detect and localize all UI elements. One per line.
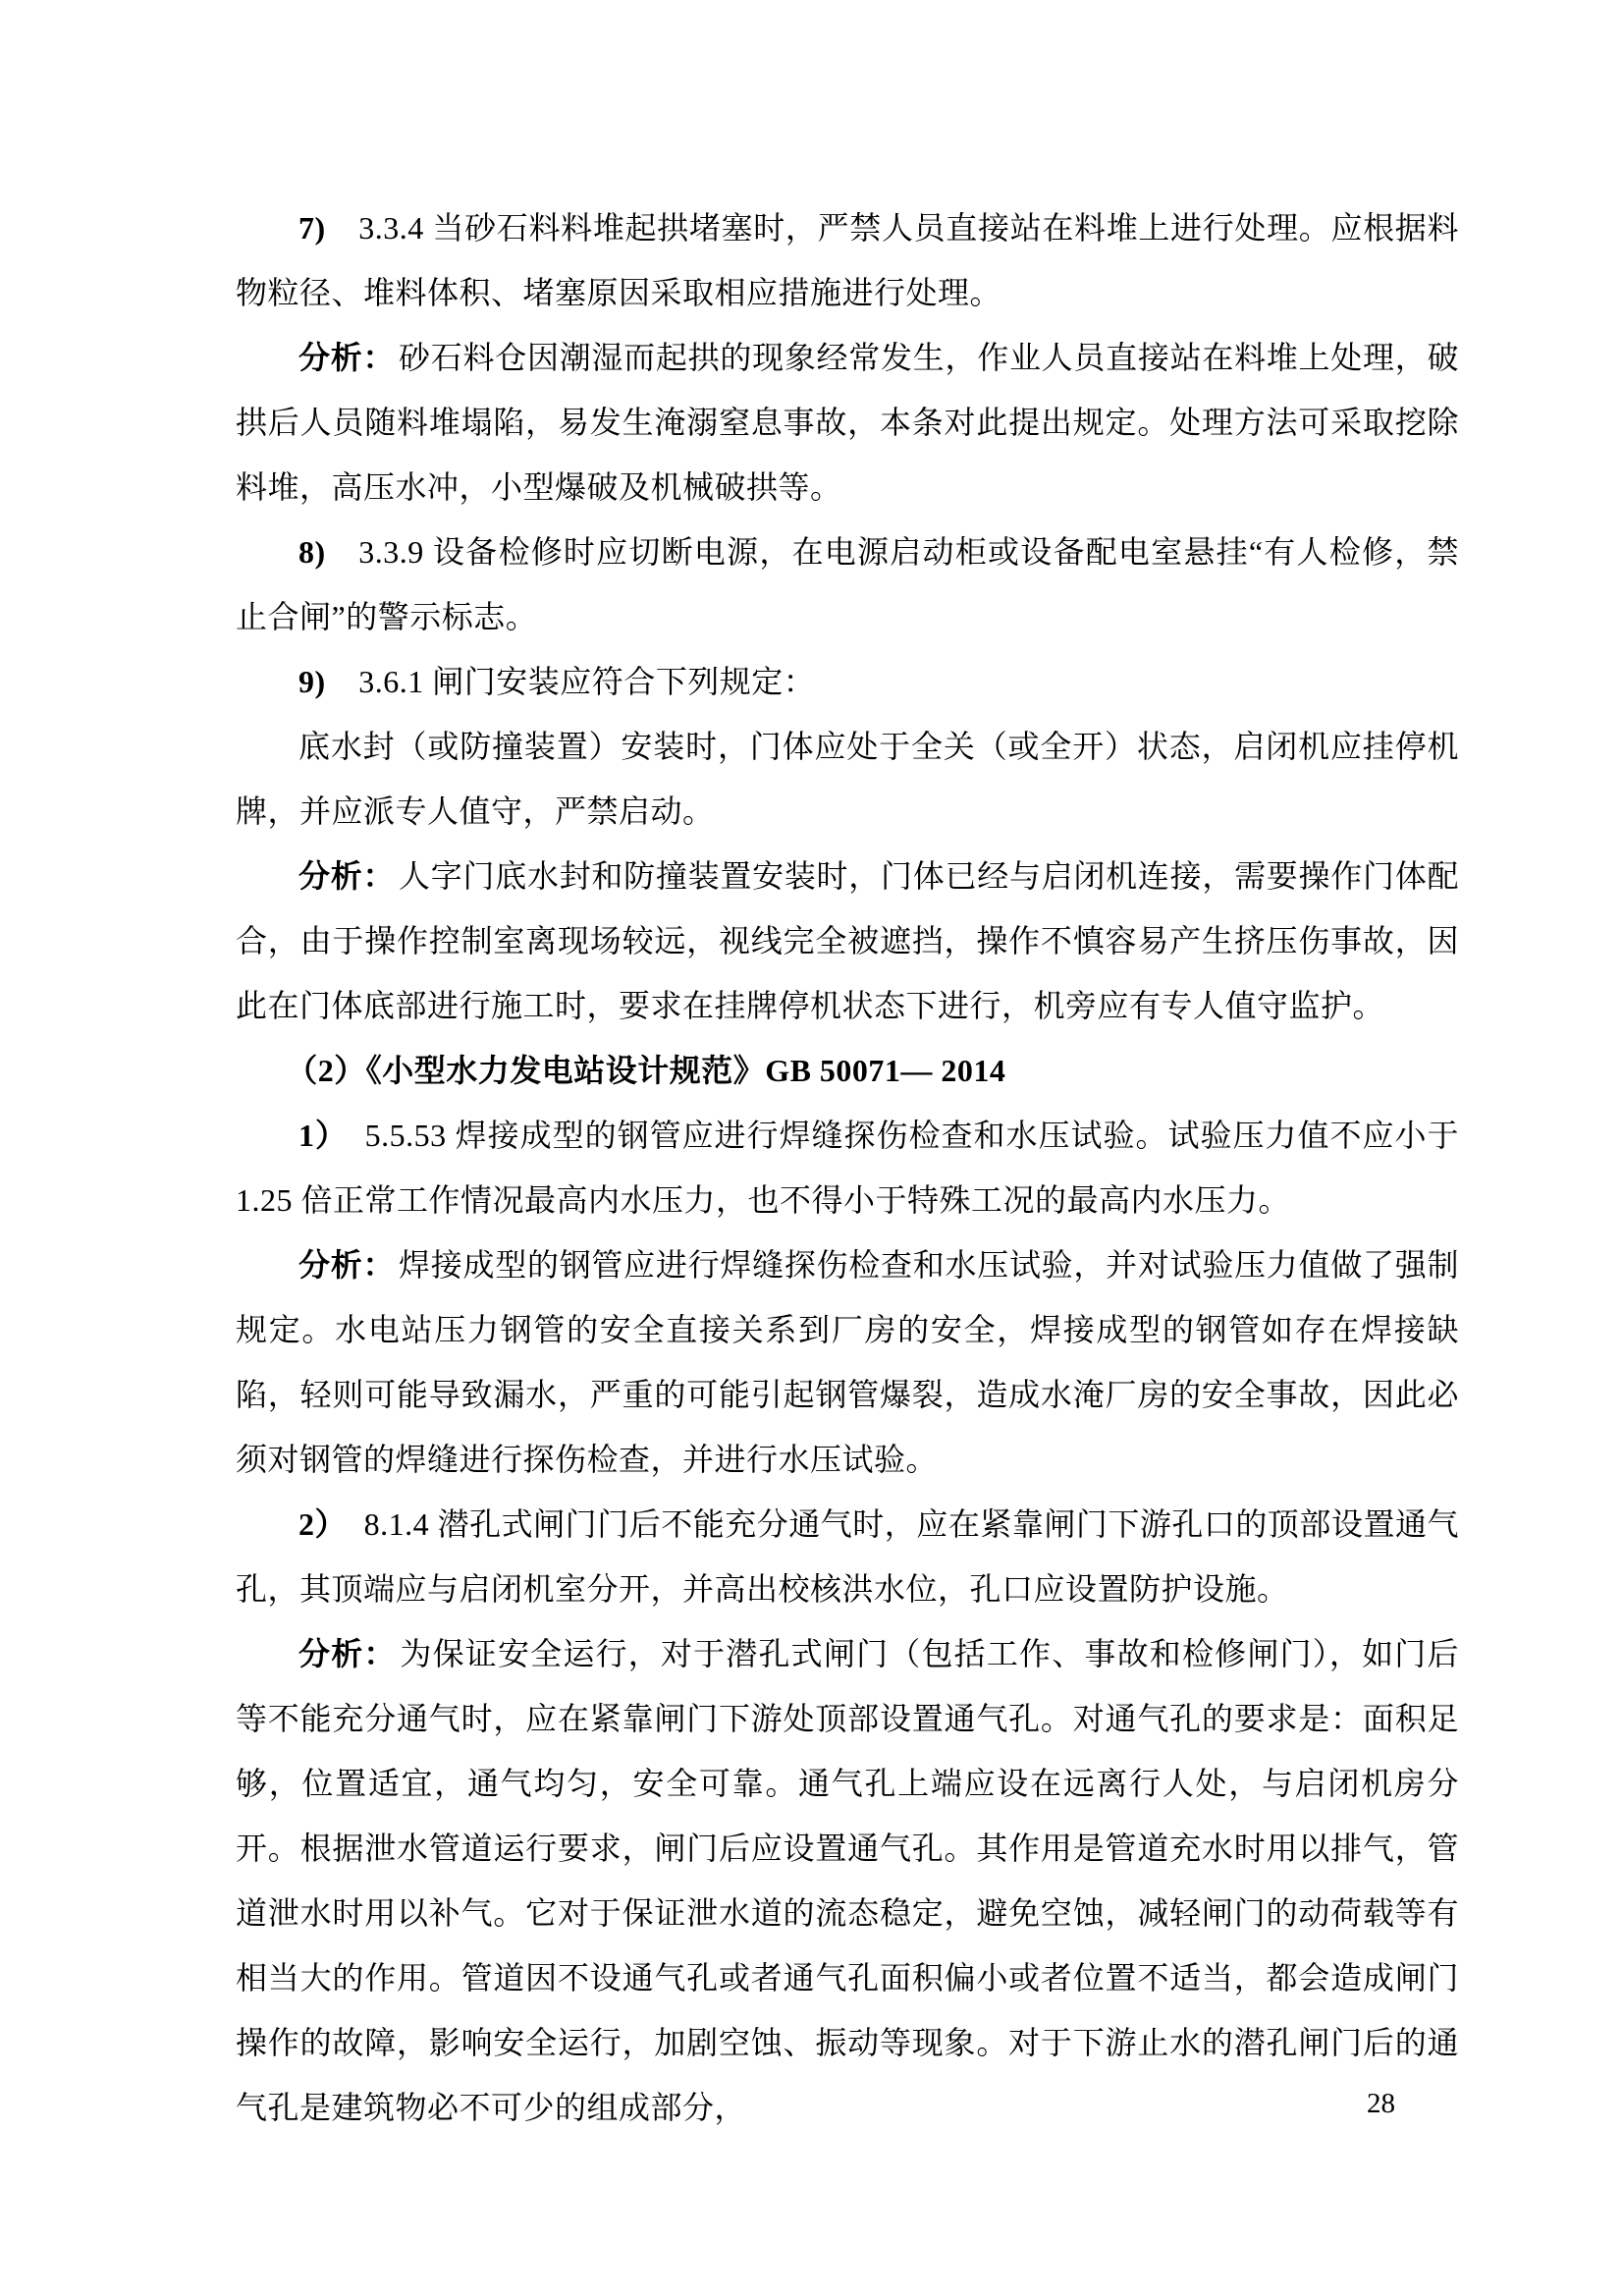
- paragraph-text: 3.3.9 设备检修时应切断电源，在电源启动柜或设备配电室悬挂“有人检修，禁止合…: [236, 534, 1459, 634]
- paragraph-item-8: 8)3.3.9 设备检修时应切断电源，在电源启动柜或设备配电室悬挂“有人检修，禁…: [236, 519, 1459, 649]
- paragraph-text: 3.6.1 闸门安装应符合下列规定：: [358, 664, 815, 699]
- paragraph-plain: 底水封（或防撞装置）安装时，门体应处于全关（或全开）状态，启闭机应挂停机牌，并应…: [236, 714, 1459, 844]
- paragraph-text: 焊接成型的钢管应进行焊缝探伤检查和水压试验，并对试验压力值做了强制规定。水电站压…: [236, 1247, 1459, 1477]
- paragraph-item-2: 2）8.1.4 潜孔式闸门门后不能充分通气时，应在紧靠闸门下游孔口的顶部设置通气…: [236, 1492, 1459, 1621]
- paragraph-text: 底水封（或防撞装置）安装时，门体应处于全关（或全开）状态，启闭机应挂停机牌，并应…: [236, 729, 1459, 829]
- paragraph-text: 8.1.4 潜孔式闸门门后不能充分通气时，应在紧靠闸门下游孔口的顶部设置通气孔，…: [236, 1506, 1459, 1607]
- document-body: 7)3.3.4 当砂石料料堆起拱堵塞时，严禁人员直接站在料堆上进行处理。应根据料…: [236, 195, 1459, 2140]
- heading-text: （2）《小型水力发电站设计规范》GB 50071— 2014: [286, 1053, 1005, 1088]
- analysis-label: 分析：: [298, 1636, 397, 1671]
- item-number-label: 8): [298, 534, 326, 570]
- analysis-label: 分析：: [298, 858, 395, 894]
- paragraph-text: 为保证安全运行，对于潜孔式闸门（包括工作、事故和检修闸门），如门后等不能充分通气…: [236, 1636, 1459, 2125]
- item-number-label: 1）: [298, 1118, 348, 1153]
- paragraph-text: 5.5.53 焊接成型的钢管应进行焊缝探伤检查和水压试验。试验压力值不应小于 1…: [236, 1118, 1459, 1218]
- item-number-label: 7): [298, 210, 326, 246]
- paragraph-analysis-2: 分析：人字门底水封和防撞装置安装时，门体已经与启闭机连接，需要操作门体配合，由于…: [236, 844, 1459, 1038]
- paragraph-analysis-3: 分析：焊接成型的钢管应进行焊缝探伤检查和水压试验，并对试验压力值做了强制规定。水…: [236, 1232, 1459, 1492]
- paragraph-analysis-1: 分析：砂石料仓因潮湿而起拱的现象经常发生，作业人员直接站在料堆上处理，破拱后人员…: [236, 325, 1459, 519]
- paragraph-text: 人字门底水封和防撞装置安装时，门体已经与启闭机连接，需要操作门体配合，由于操作控…: [236, 858, 1459, 1023]
- item-number-label: 9): [298, 664, 326, 699]
- paragraph-item-7: 7)3.3.4 当砂石料料堆起拱堵塞时，严禁人员直接站在料堆上进行处理。应根据料…: [236, 195, 1459, 325]
- analysis-label: 分析：: [298, 1247, 395, 1283]
- analysis-label: 分析：: [298, 340, 395, 375]
- section-heading-gb50071: （2）《小型水力发电站设计规范》GB 50071— 2014: [236, 1038, 1459, 1103]
- paragraph-text: 砂石料仓因潮湿而起拱的现象经常发生，作业人员直接站在料堆上处理，破拱后人员随料堆…: [236, 340, 1459, 505]
- paragraph-item-9: 9)3.6.1 闸门安装应符合下列规定：: [236, 649, 1459, 714]
- paragraph-text: 3.3.4 当砂石料料堆起拱堵塞时，严禁人员直接站在料堆上进行处理。应根据料物粒…: [236, 210, 1459, 310]
- paragraph-item-1: 1）5.5.53 焊接成型的钢管应进行焊缝探伤检查和水压试验。试验压力值不应小于…: [236, 1103, 1459, 1232]
- document-page: 7)3.3.4 当砂石料料堆起拱堵塞时，严禁人员直接站在料堆上进行处理。应根据料…: [0, 0, 1623, 2296]
- paragraph-analysis-4: 分析：为保证安全运行，对于潜孔式闸门（包括工作、事故和检修闸门），如门后等不能充…: [236, 1621, 1459, 2140]
- item-number-label: 2）: [298, 1506, 347, 1542]
- page-number: 28: [1367, 2084, 1395, 2123]
